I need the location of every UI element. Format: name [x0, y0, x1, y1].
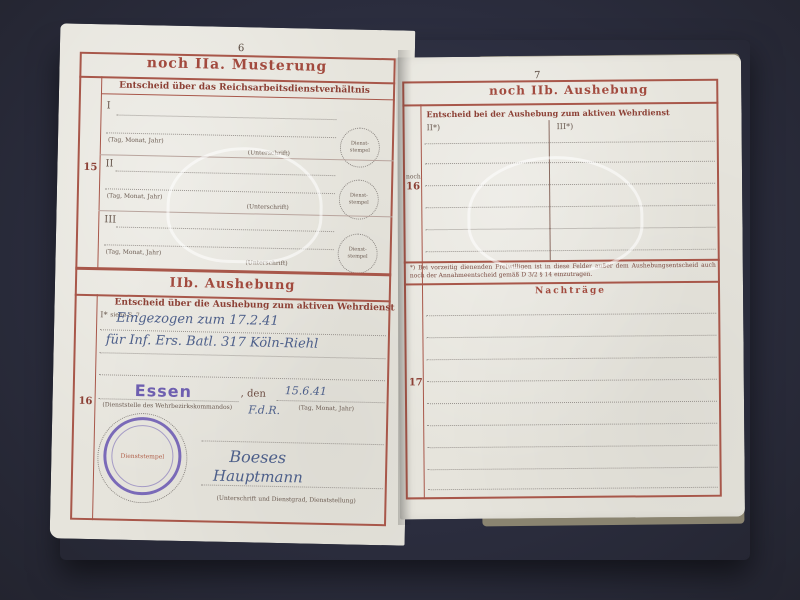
row-number-16: 16	[406, 181, 420, 192]
left-page: 6 noch IIa. Musterung Entscheid über das…	[50, 23, 416, 545]
signature-label: (Unterschrift)	[245, 259, 287, 267]
office-stamp-essen: Essen	[135, 381, 193, 401]
column-label-III: III*)	[557, 122, 574, 131]
page-number-left: 6	[238, 43, 245, 54]
row-number-17: 17	[409, 377, 423, 388]
date-label: (Tag, Monat, Jahr)	[107, 192, 163, 200]
date-label: (Tag, Monat, Jahr)	[106, 248, 162, 256]
entry-label-III: III	[104, 214, 116, 225]
handwritten-fdr: F.d.R.	[248, 403, 280, 417]
signature-label: (Unterschrift)	[248, 149, 290, 157]
footnote-volunteers: *) Bei vorzeitig dienenden Freiwilligen …	[410, 262, 716, 281]
handwritten-date: 15.6.41	[285, 384, 327, 398]
date-label: (Tag, Monat, Jahr)	[108, 136, 164, 144]
entry-label-II: II	[105, 158, 113, 169]
stamp-label: Dienst- stempel	[350, 140, 370, 154]
signature-label: (Unterschrift)	[247, 203, 289, 211]
stamp-label: Dienst- stempel	[349, 192, 369, 206]
item-marker: I*	[100, 310, 107, 319]
right-page: 7 noch IIb. Aushebung Entscheid bei der …	[396, 55, 745, 520]
row-number-16: 16	[78, 396, 92, 407]
row-prefix-noch: noch	[406, 173, 421, 180]
section-title-noch-aushebung: noch IIb. Aushebung	[396, 82, 741, 99]
date-label: (Tag, Monat, Jahr)	[298, 404, 354, 412]
column-label-II: II*)	[427, 123, 441, 132]
subsection-title-wehrdienst: Entscheid bei der Aushebung zum aktiven …	[426, 107, 669, 119]
stamp-label: Dienst- stempel	[347, 246, 367, 260]
row-number-15: 15	[83, 162, 97, 173]
entry-label-I: I	[107, 100, 111, 111]
signature-name: Boeses	[229, 447, 286, 467]
signature-rank: Hauptmann	[213, 467, 303, 487]
den-label: , den	[241, 388, 266, 400]
